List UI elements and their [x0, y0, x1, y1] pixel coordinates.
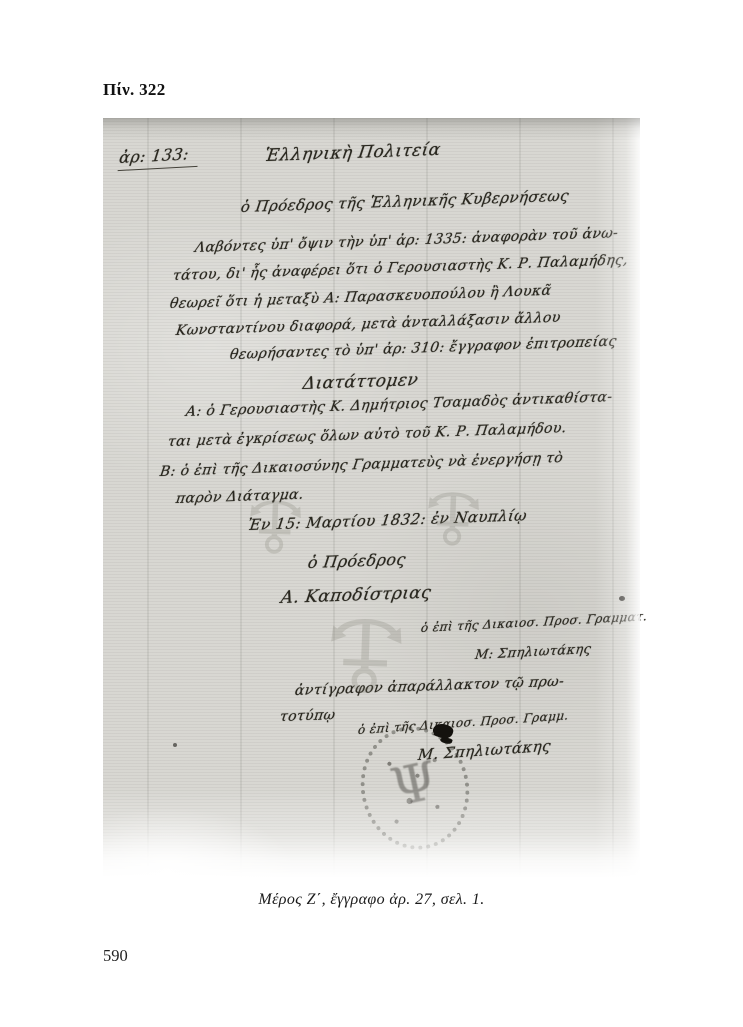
- date-line: Ἐν 15: Μαρτίου 1832: ἐν Ναυπλίῳ: [247, 506, 529, 534]
- phoenix-emblem-icon: Ψ: [386, 751, 443, 819]
- plate-label: Πίν. 322: [103, 80, 166, 100]
- secretary-signature: Μ: Σπηλιωτάκης: [474, 642, 592, 663]
- president-title: ὁ Πρόεδρος: [307, 550, 408, 573]
- certification-line: τοτύπῳ: [279, 707, 337, 725]
- document-subtitle: ὁ Πρόεδρος τῆς Ἑλληνικῆς Κυβερνήσεως: [240, 186, 571, 216]
- body-line: θεωρήσαντες τὸ ὑπ' ἀρ: 310: ἔγγραφον ἐπι…: [229, 333, 618, 363]
- article-a-line: Α: ὁ Γερουσιαστὴς Κ. Δημήτριος Τσαμαδὸς …: [185, 389, 614, 420]
- article-a-line: ται μετὰ ἐγκρίσεως ὅλων αὐτὸ τοῦ Κ. Ρ. Π…: [167, 420, 568, 450]
- document-scan: ἀρ: 133:Ἑλληνικὴ Πολιτείαὁ Πρόεδρος τῆς …: [103, 118, 640, 878]
- book-page: Πίν. 322 ἀρ: 133:Ἑλληνικὴ Πολιτείαὁ Πρόε…: [0, 0, 743, 1027]
- body-line: Λαβόντες ὑπ' ὄψιν τὴν ὑπ' ἀρ: 1335: ἀναφ…: [194, 225, 620, 256]
- protocol-number: ἀρ: 133:: [118, 144, 201, 171]
- body-line: τάτου, δι' ἧς ἀναφέρει ὅτι ὁ Γερουσιαστὴ…: [172, 252, 629, 284]
- figure-caption: Μέρος Ζ΄, ἔγγραφο ἀρ. 27, σελ. 1.: [0, 891, 743, 909]
- certification-line: ἀντίγραφον ἀπαράλλακτον τῷ πρω-: [294, 674, 565, 699]
- decree-heading: Διατάττομεν: [302, 370, 420, 394]
- body-line: θεωρεῖ ὅτι ἡ μεταξὺ Α: Παρασκευοπούλου ἢ…: [169, 283, 553, 312]
- president-signature: Α. Καποδίστριας: [280, 583, 433, 608]
- ink-seal: Ψ: [349, 716, 480, 860]
- page-number: 590: [103, 946, 128, 966]
- ink-speck: [173, 743, 177, 747]
- secretary-title: ὁ ἐπὶ τῆς Δικαιοσ. Προσ. Γραμματ.: [420, 609, 648, 635]
- ink-speck: [619, 596, 625, 601]
- document-title: Ἑλληνικὴ Πολιτεία: [264, 140, 442, 166]
- article-b-line: Β: ὁ ἐπὶ τῆς Δικαιοσύνης Γραμματεὺς νὰ ἐ…: [159, 450, 564, 480]
- article-b-line: παρὸν Διάταγμα.: [175, 486, 305, 507]
- body-line: Κωνσταντίνου διαφορά, μετὰ ἀνταλλάξασιν …: [175, 310, 562, 340]
